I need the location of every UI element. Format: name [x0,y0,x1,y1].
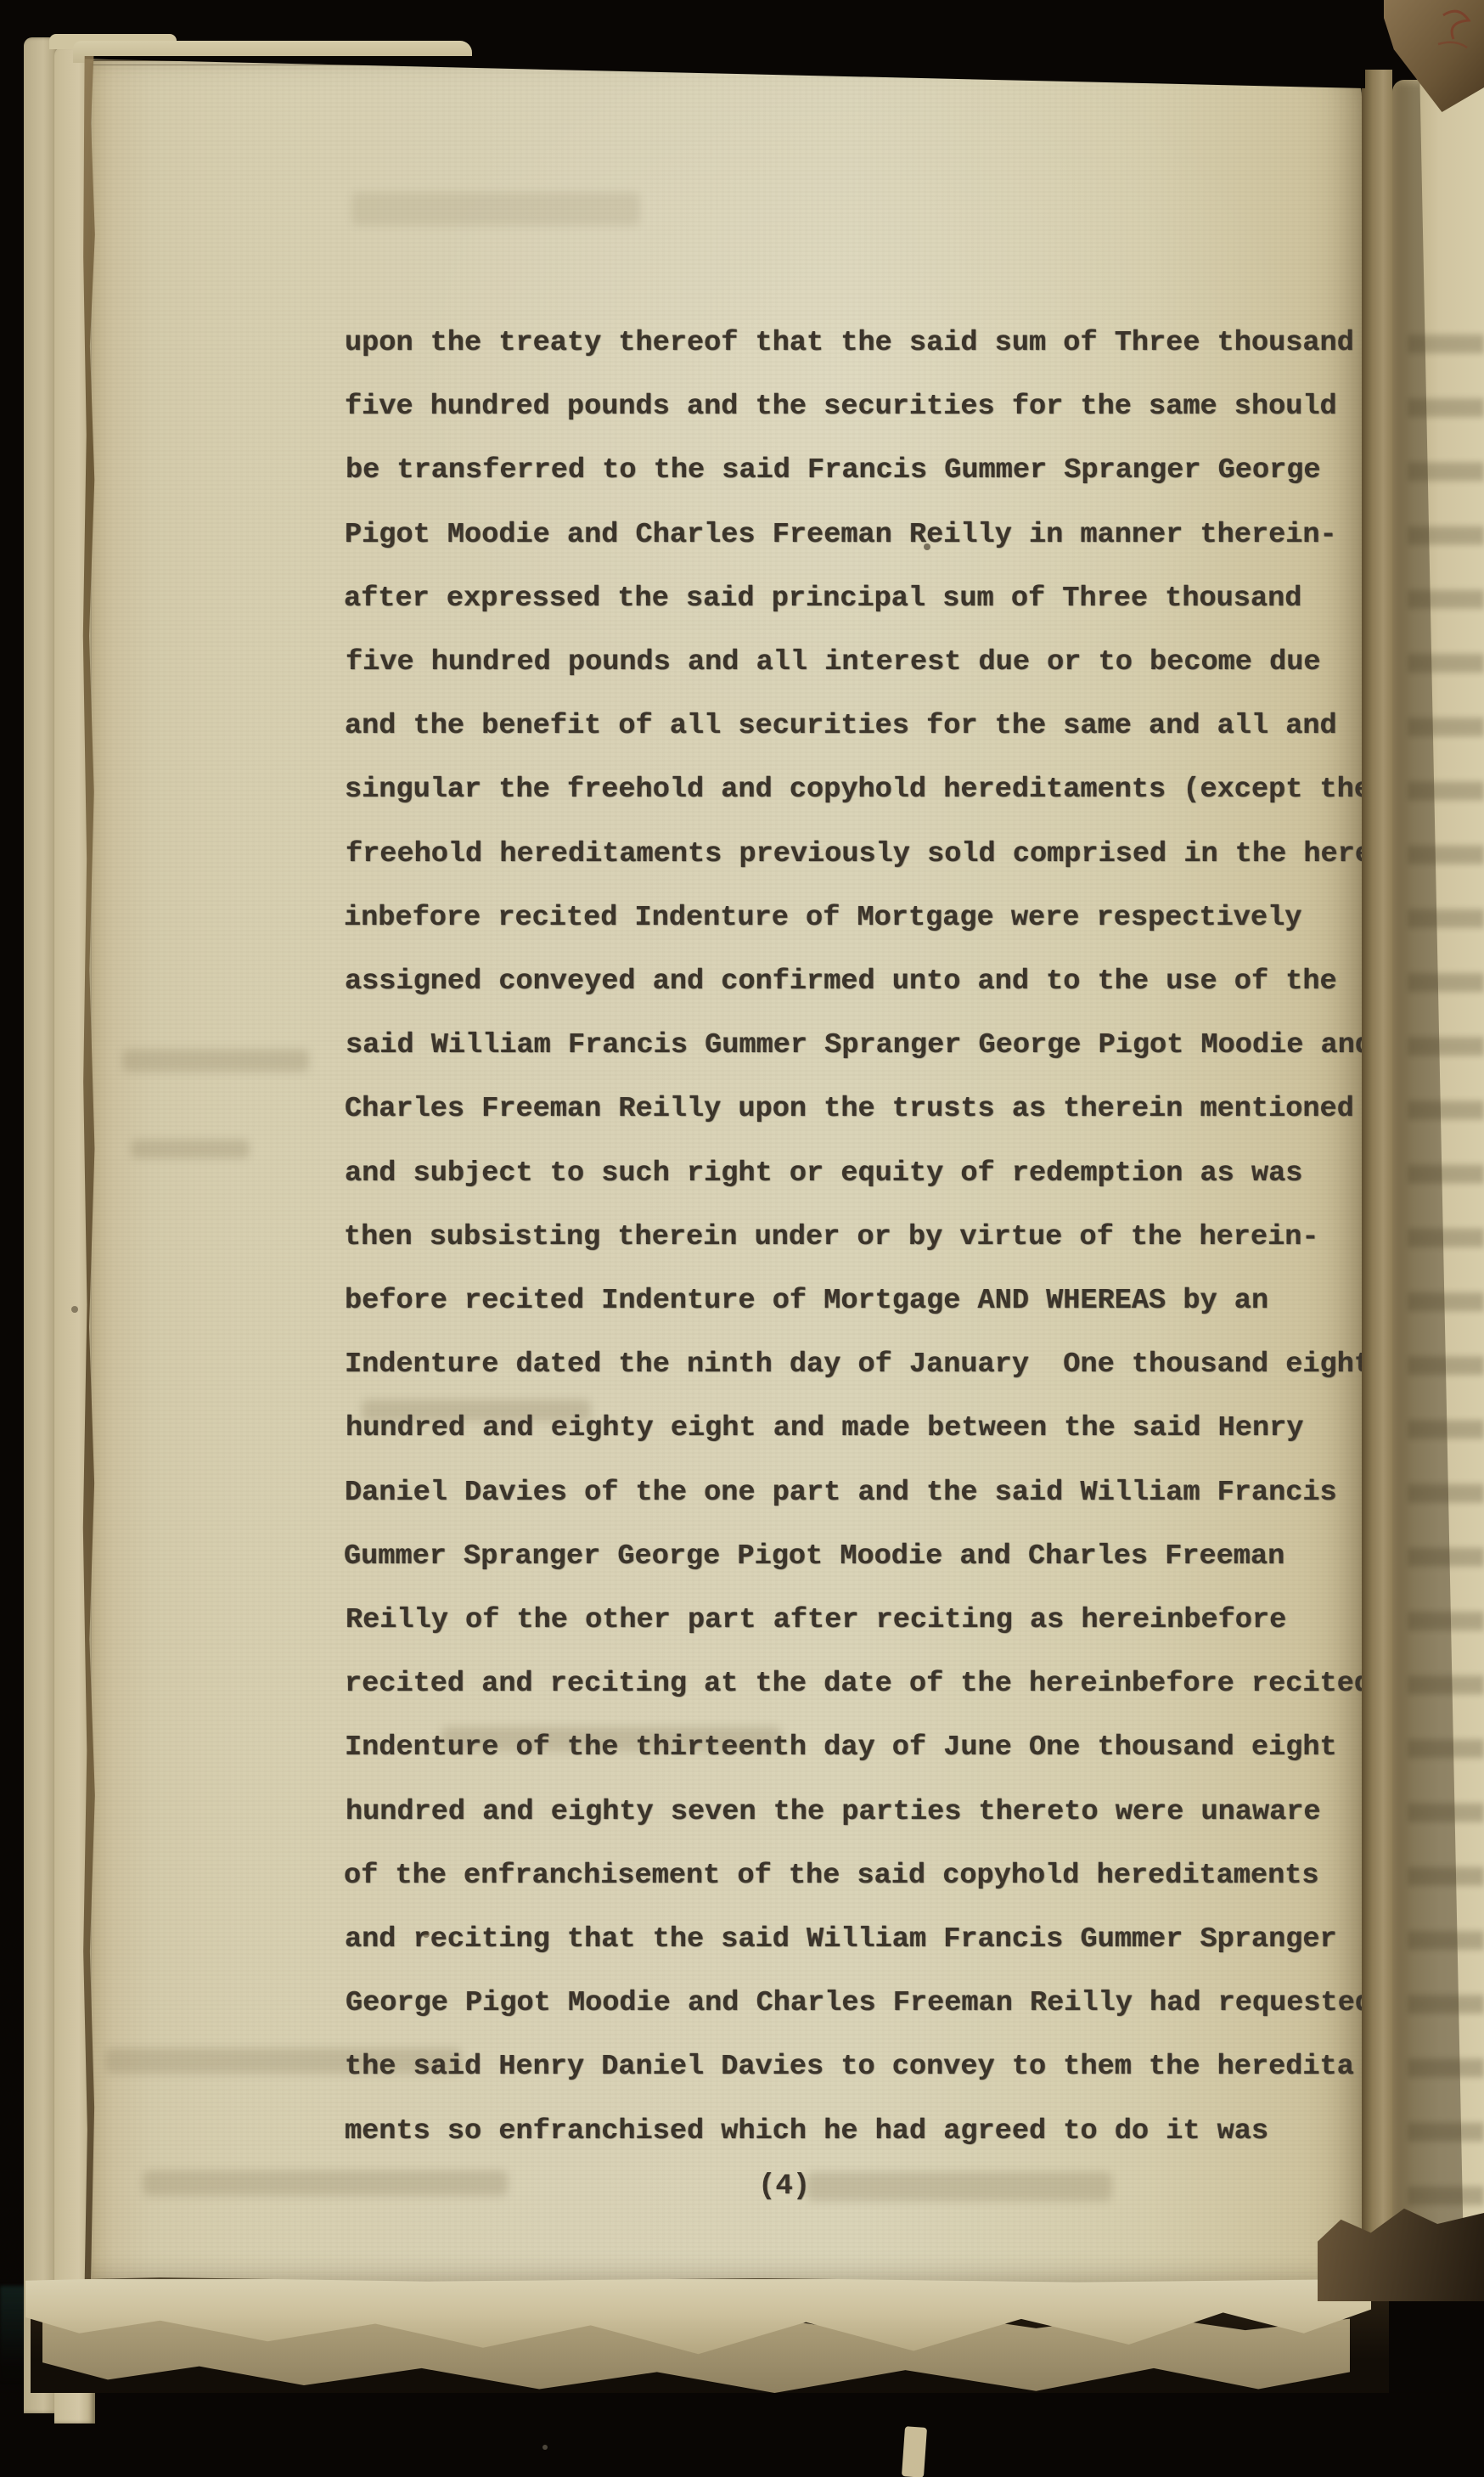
text-line: Pigot Moodie and Charles Freeman Reilly … [345,504,1362,567]
text-line: Charles Freeman Reilly upon the trusts a… [345,1078,1362,1141]
ink-bleed-smudge [143,2170,508,2196]
text-line: said William Francis Gummer Spranger Geo… [346,1014,1362,1078]
text-line: and the benefit of all securities for th… [345,695,1362,758]
text-line: Reilly of the other part after reciting … [346,1589,1362,1652]
text-line: and subject to such right or equity of r… [345,1142,1362,1206]
text-line: be transferred to the said Francis Gumme… [346,439,1362,503]
text-line: five hundred pounds and all interest due… [346,631,1362,695]
text-line: Indenture dated the ninth day of January… [345,1333,1362,1397]
ink-bleed-smudge [122,1050,309,1072]
text-line: Gummer Spranger George Pigot Moodie and … [344,1525,1362,1589]
text-line: Daniel Davies of the one part and the sa… [345,1461,1362,1525]
paper-speck [0,0,3,3]
text-line: inbefore recited Indenture of Mortgage w… [344,887,1362,950]
text-line: freehold hereditaments previously sold c… [346,823,1362,887]
typed-text-block: upon the treaty thereof that the said su… [345,312,1362,2164]
page-number: (4) [758,2155,810,2219]
text-line: recited and reciting at the date of the … [345,1652,1362,1716]
text-line: Indenture of the thirteenth day of June … [345,1716,1362,1780]
text-line: of the enfranchisement of the said copyh… [344,1844,1362,1908]
ink-bleed-smudge [351,192,640,226]
text-line: assigned conveyed and confirmed unto and… [345,950,1362,1014]
text-line: ments so enfranchised which he had agree… [345,2100,1362,2164]
text-line: the said Henry Daniel Davies to convey t… [345,2035,1362,2099]
text-line: George Pigot Moodie and Charles Freeman … [346,1972,1362,2035]
text-line: before recited Indenture of Mortgage AND… [345,1269,1362,1333]
binding-fold [1362,70,1392,2260]
ink-bleed-smudge [131,1140,250,1158]
document-page: upon the treaty thereof that the said su… [92,59,1362,2286]
facing-page [1392,80,1484,2264]
text-line: hundred and eighty eight and made betwee… [346,1397,1362,1461]
paper-sliver [902,2426,927,2477]
book-scan: upon the treaty thereof that the said su… [0,0,1484,2477]
ink-bleed-smudge [807,2172,1112,2201]
text-line: singular the freehold and copyhold hered… [345,758,1362,822]
text-line: five hundred pounds and the securities f… [345,375,1362,439]
text-line: then subsisting therein under or by virt… [344,1206,1362,1269]
text-line: after expressed the said principal sum o… [344,567,1362,631]
text-line: and reciting that the said William Franc… [345,1908,1362,1972]
text-line: upon the treaty thereof that the said su… [345,312,1362,375]
text-line: hundred and eighty seven the parties the… [346,1781,1362,1844]
